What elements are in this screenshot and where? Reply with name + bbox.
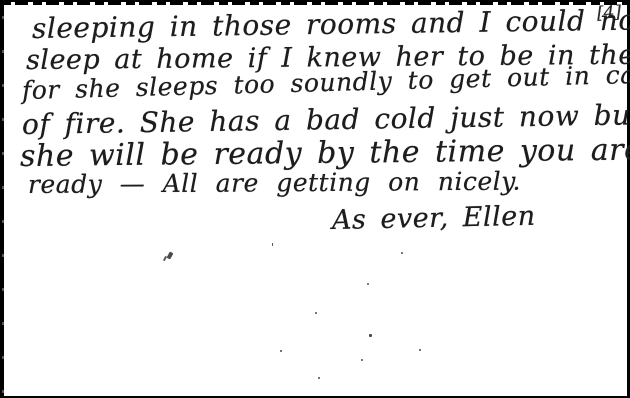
scanned-letter-page: [4] sleeping in those rooms and I could … — [0, 0, 630, 398]
ink-speck — [272, 243, 273, 246]
ink-speck — [419, 349, 421, 351]
ink-speck — [315, 312, 317, 314]
ink-speck — [367, 283, 369, 285]
ink-speck — [318, 377, 320, 379]
ink-speck — [280, 350, 282, 352]
handwritten-line-1: sleeping in those rooms and I could not — [32, 3, 630, 45]
ink-speck — [167, 251, 174, 259]
signature-line: As ever, Ellen — [332, 201, 536, 236]
ink-speck — [369, 334, 372, 337]
handwritten-line-6: ready — All are getting on nicely. — [28, 167, 521, 199]
scan-edge-left — [2, 2, 4, 396]
ink-speck — [361, 359, 363, 361]
ink-speck — [401, 252, 403, 254]
